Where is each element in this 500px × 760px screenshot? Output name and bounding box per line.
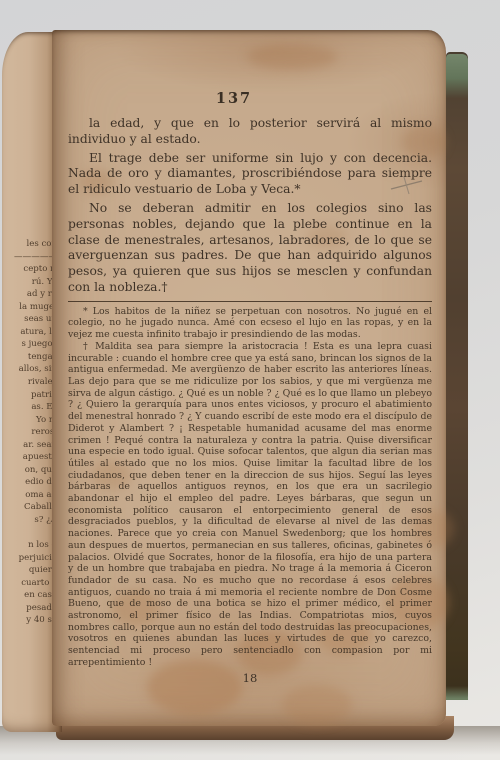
text-fragment: perjuicio (2, 552, 57, 565)
cover-green-accent-top (446, 54, 468, 98)
cover-green-accent-bottom (446, 686, 468, 700)
text-fragment: s juegos (2, 338, 57, 351)
signature-mark: 18 (68, 671, 432, 685)
text-fragment: cepto ri (2, 263, 57, 276)
page-content: 137 la edad, y que en lo posterior servi… (52, 30, 446, 685)
text-fragment: quiere (2, 564, 57, 577)
footnote-separator (68, 301, 432, 302)
text-fragment: ar. sean (2, 439, 57, 452)
text-fragment: Caballo (2, 501, 57, 514)
text-fragment: tengas (2, 351, 57, 364)
text-fragment: cuarto y (2, 577, 57, 590)
body-text: la edad, y que en lo posterior servirá a… (68, 116, 432, 296)
text-fragment: edio de (2, 476, 57, 489)
text-fragment: la muge- (2, 301, 57, 314)
paragraph: la edad, y que en lo posterior servirá a… (68, 116, 432, 148)
text-fragment: ? (2, 527, 57, 540)
pencil-mark (390, 176, 424, 196)
facing-page-text-fragments: les con—————cepto rirú. Yoad y rela muge… (2, 238, 57, 627)
text-fragment: reros. (2, 426, 57, 439)
text-fragment: rivales (2, 376, 57, 389)
text-fragment: oma ad (2, 489, 57, 502)
book-page: 137 la edad, y que en lo posterior servi… (52, 30, 446, 726)
text-fragment: atura, la (2, 326, 57, 339)
book-cover-edge (446, 52, 468, 700)
text-fragment: pesada (2, 602, 57, 615)
text-fragment: les con (2, 238, 57, 251)
text-fragment: en casa (2, 589, 57, 602)
photo-backdrop: les con—————cepto rirú. Yoad y rela muge… (0, 0, 500, 760)
text-fragment: rú. Yo (2, 276, 57, 289)
text-fragment: seas un (2, 313, 57, 326)
page-number: 137 (52, 90, 416, 107)
text-fragment: y 40 se (2, 614, 57, 627)
footnote-paragraph: * Los habitos de la niñez se perpetuan c… (68, 306, 432, 341)
footnotes: * Los habitos de la niñez se perpetuan c… (68, 306, 432, 669)
text-fragment: ————— (2, 251, 57, 264)
footnote-paragraph: † Maldita sea para siempre la aristocrac… (68, 341, 432, 669)
text-fragment: allos, sin (2, 363, 57, 376)
text-fragment: Yo m (2, 414, 57, 427)
paragraph: El trage debe ser uniforme sin lujo y co… (68, 151, 432, 198)
text-fragment: as. Es (2, 401, 57, 414)
text-fragment: patria (2, 389, 57, 402)
text-fragment: on, que (2, 464, 57, 477)
paragraph: No se deberan admitir en los colegios si… (68, 201, 432, 296)
text-fragment: n los g (2, 539, 57, 552)
foxing-spot (282, 685, 352, 725)
text-fragment: apuesta (2, 451, 57, 464)
text-fragment: ad y re (2, 288, 57, 301)
text-fragment: s? ¿A (2, 514, 57, 527)
